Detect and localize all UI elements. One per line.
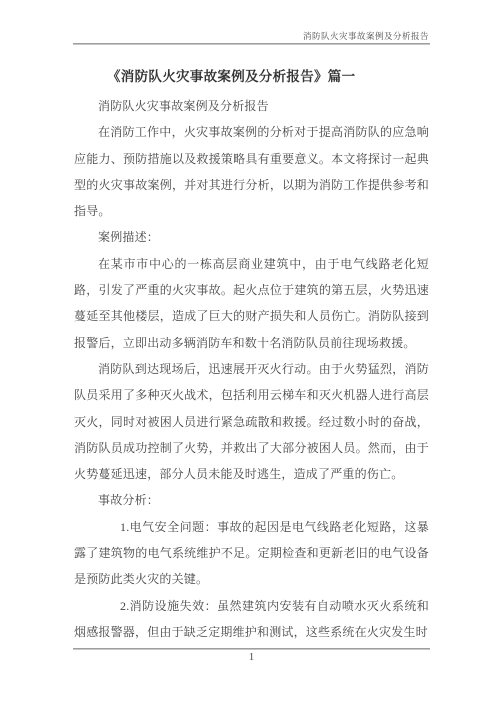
document-title: 《消防队火灾事故案例及分析报告》篇一 bbox=[107, 65, 355, 85]
footer-divider bbox=[73, 648, 430, 650]
intro-paragraph: 在消防工作中，火灾事故案例的分析对于提高消防队的应急响应能力、预防措施以及救援策… bbox=[74, 119, 429, 224]
subtitle-line: 消防队火灾事故案例及分析报告 bbox=[74, 93, 429, 119]
header-divider bbox=[73, 43, 430, 45]
case-paragraph-2: 消防队到达现场后，迅速展开灭火行动。由于火势猛烈，消防队员采用了多种灭火战术，包… bbox=[74, 356, 429, 487]
analysis-item-2: 2.消防设施失效：虽然建筑内安装有自动喷水灭火系统和烟感报警器，但由于缺乏定期维… bbox=[74, 593, 429, 646]
section-heading-accident-analysis: 事故分析： bbox=[74, 487, 429, 513]
page-number: 1 bbox=[73, 651, 430, 663]
document-body: 消防队火灾事故案例及分析报告 在消防工作中，火灾事故案例的分析对于提高消防队的应… bbox=[74, 93, 429, 648]
case-paragraph-1: 在某市市中心的一栋高层商业建筑中，由于电气线路老化短路，引发了严重的火灾事故。起… bbox=[74, 251, 429, 356]
section-heading-case-description: 案例描述： bbox=[74, 224, 429, 250]
analysis-item-1: 1.电气安全问题：事故的起因是电气线路老化短路，这暴露了建筑物的电气系统维护不足… bbox=[74, 514, 429, 593]
document-page: 消防队火灾事故案例及分析报告 《消防队火灾事故案例及分析报告》篇一 消防队火灾事… bbox=[0, 0, 500, 707]
running-header: 消防队火灾事故案例及分析报告 bbox=[73, 30, 429, 42]
